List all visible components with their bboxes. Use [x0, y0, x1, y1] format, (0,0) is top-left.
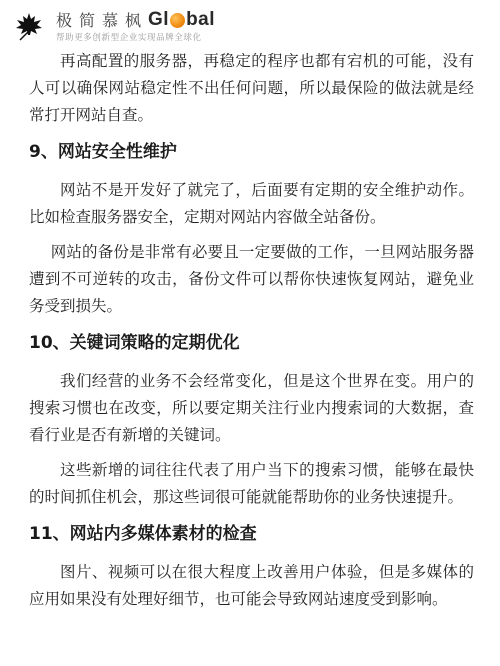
brand-name-en: Gl bal: [148, 9, 215, 31]
heading-multimedia-check: 11、网站内多媒体素材的检查: [29, 521, 474, 547]
paragraph-keyword-1: 我们经营的业务不会经常变化，但是这个世界在变。用户的搜索习惯也在改变，所以要定期…: [29, 368, 474, 449]
brand-logo: 极简慕枫 Gl bal 帮助更多创新型企业实现品牌全球化: [14, 8, 215, 44]
heading-website-security: 9、网站安全性维护: [29, 139, 474, 165]
heading-keyword-strategy: 10、关键词策略的定期优化: [29, 330, 474, 356]
brand-name-en-left: Gl: [148, 9, 169, 31]
globe-icon: [170, 13, 185, 28]
maple-leaf-icon: [14, 11, 44, 41]
paragraph-intro: 再高配置的服务器，再稳定的程序也都有宕机的可能，没有人可以确保网站稳定性不出任何…: [29, 48, 474, 129]
brand-name-en-right: bal: [186, 9, 215, 31]
paragraph-keyword-2: 这些新增的词往往代表了用户当下的搜索习惯，能够在最快的时间抓住机会，那这些词很可…: [29, 457, 474, 511]
paragraph-multimedia-1: 图片、视频可以在很大程度上改善用户体验，但是多媒体的应用如果没有处理好细节，也可…: [29, 559, 474, 613]
article-body: 再高配置的服务器，再稳定的程序也都有宕机的可能，没有人可以确保网站稳定性不出任何…: [29, 48, 474, 621]
paragraph-security-2: 网站的备份是非常有必要且一定要做的工作，一旦网站服务器遭到不可逆转的攻击，备份文…: [29, 239, 474, 320]
brand-name-cn: 极简慕枫: [56, 8, 148, 31]
paragraph-security-1: 网站不是开发好了就完了，后面要有定期的安全维护动作。比如检查服务器安全，定期对网…: [29, 177, 474, 231]
brand-tagline: 帮助更多创新型企业实现品牌全球化: [56, 31, 215, 43]
